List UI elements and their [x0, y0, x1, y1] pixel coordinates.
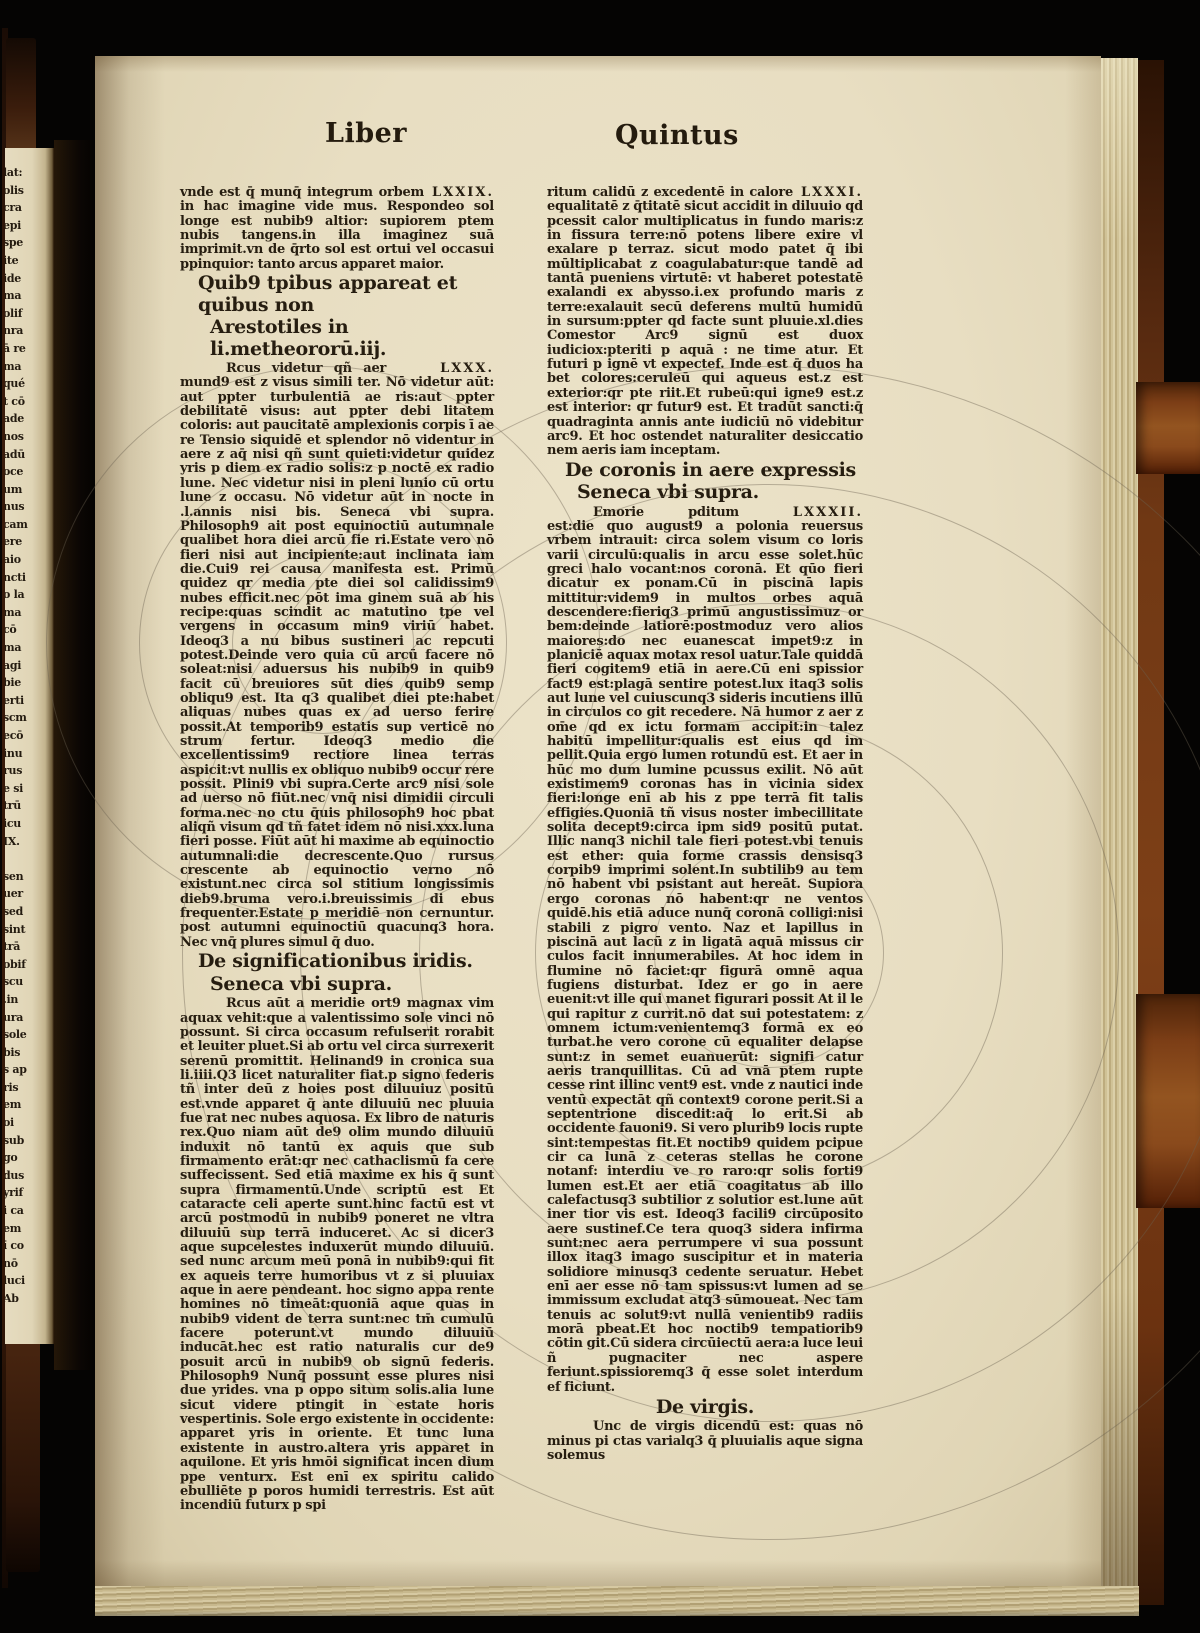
gutter-fragment: nra — [5, 322, 54, 340]
paragraph: LXXXI.ritum calidū z excedentē in calore… — [547, 186, 863, 459]
gutter-fragment: ade — [5, 410, 54, 428]
gutter-fragment: nus — [5, 498, 54, 516]
gutter-fragment: ide — [5, 270, 54, 288]
chapter-number: LXXXI. — [793, 186, 863, 200]
gutter-fragment: ma — [5, 604, 54, 622]
gutter-shadow — [54, 140, 98, 1370]
section-heading: De virgis. — [547, 1397, 863, 1419]
gutter-fragment: spe — [5, 234, 54, 252]
gutter-fragment: oce — [5, 463, 54, 481]
gutter-fragment: ura — [5, 1009, 54, 1027]
gutter-fragment: cam — [5, 516, 54, 534]
book-page: Liber Quintus LXXIX.vnde est q̄ munq̄ in… — [95, 56, 1101, 1586]
gutter-fragment: dus — [5, 1167, 54, 1185]
gutter-fragment: cō — [5, 621, 54, 639]
gutter-fragment: inu — [5, 745, 54, 763]
paragraph: LXXXII.Emorie pditum est:die quo august9… — [547, 506, 863, 1395]
paragraph: LXXIX.vnde est q̄ munq̄ integrum orbem i… — [180, 186, 494, 272]
leather-strap-upper — [1136, 382, 1200, 474]
paragraph: Rcus aūt a meridie ort9 magnax vim aquax… — [180, 997, 494, 1513]
section-subheading: Seneca vbi supra. — [577, 482, 863, 504]
text-block: Unc de virgis dicendū est: quas nō minus… — [547, 1420, 863, 1463]
bottom-shadow — [95, 1610, 1139, 1633]
paragraph: LXXX.Rcus videtur qñ aer mund9 est z vis… — [180, 362, 494, 950]
gutter-fragment: um — [5, 481, 54, 499]
chapter-number: LXXIX. — [424, 186, 494, 200]
book-photograph: lat:oliscraepispeiteidemaolifnraā remaqu… — [0, 0, 1200, 1633]
text-block: De coronis in aere expressis Seneca vbi … — [547, 460, 863, 504]
section-heading: De significationibus iridis. — [198, 951, 494, 973]
gutter-fragment: bie — [5, 674, 54, 692]
gutter-fragment: obif — [5, 956, 54, 974]
text-block: LXXX.Rcus videtur qñ aer mund9 est z vis… — [180, 362, 494, 950]
gutter-fragment: bis — [5, 1044, 54, 1062]
gutter-text-fragments: lat:oliscraepispeiteidemaolifnraā remaqu… — [5, 164, 54, 1308]
gutter-fragment: s ap — [5, 1061, 54, 1079]
gutter-fragment: agi — [5, 657, 54, 675]
gutter-fragment: Ab — [5, 1290, 54, 1308]
gutter-fragment: uer — [5, 885, 54, 903]
gutter-fragment: ā re — [5, 340, 54, 358]
gutter-fragment: olif — [5, 305, 54, 323]
cover-board-edge — [1138, 60, 1164, 1605]
gutter-fragment: .in — [5, 991, 54, 1009]
gutter-fragment: ma — [5, 358, 54, 376]
text-block: De significationibus iridis. Seneca vbi … — [180, 951, 494, 995]
gutter-fragment: ma — [5, 639, 54, 657]
text-block: De virgis. — [547, 1397, 863, 1419]
chapter-number: LXXXII. — [739, 506, 863, 520]
text-block: Rcus aūt a meridie ort9 magnax vim aquax… — [180, 997, 494, 1513]
gutter-fragment: ī co — [5, 1237, 54, 1255]
gutter-fragment: i ca — [5, 1202, 54, 1220]
gutter-fragment: sen — [5, 868, 54, 886]
gutter-fragment: qué — [5, 375, 54, 393]
gutter-fragment: nos — [5, 428, 54, 446]
paragraph: Unc de virgis dicendū est: quas nō minus… — [547, 1420, 863, 1463]
running-header-quintus: Quintus — [615, 120, 739, 151]
chapter-number: LXXX. — [386, 362, 494, 376]
gutter-fragment: ma — [5, 287, 54, 305]
section-subheading: Seneca vbi supra. — [210, 974, 494, 996]
gutter-fragment: rus — [5, 762, 54, 780]
text-column-left: LXXIX.vnde est q̄ munq̄ integrum orbem i… — [180, 186, 494, 1515]
gutter-fragment: cra — [5, 199, 54, 217]
gutter-fragment: lat: — [5, 164, 54, 182]
gutter-fragment: IX. — [5, 833, 54, 851]
text-block: LXXXII.Emorie pditum est:die quo august9… — [547, 506, 863, 1395]
gutter-fragment: epi — [5, 217, 54, 235]
facing-page-sliver: lat:oliscraepispeiteidemaolifnraā remaqu… — [5, 148, 54, 1344]
gutter-fragment: trā — [5, 938, 54, 956]
gutter-fragment: scm — [5, 709, 54, 727]
gutter-fragment: erti — [5, 692, 54, 710]
running-header-liber: Liber — [325, 118, 407, 149]
binding-bottom — [6, 1332, 40, 1572]
running-header: Liber Quintus — [95, 116, 1101, 156]
section-heading: Quib9 tpibus appareat et quibus non — [198, 273, 494, 316]
gutter-fragment: e si — [5, 780, 54, 798]
text-column-right: LXXXI.ritum calidū z excedentē in calore… — [547, 186, 863, 1464]
gutter-fragment: luci — [5, 1272, 54, 1290]
gutter-fragment: t cō — [5, 393, 54, 411]
gutter-fragment: em — [5, 1096, 54, 1114]
gutter-fragment: olis — [5, 182, 54, 200]
fore-edge-shading — [1101, 58, 1138, 1594]
fore-edge-pages — [1101, 58, 1138, 1594]
gutter-fragment: sint — [5, 921, 54, 939]
text-block: LXXIX.vnde est q̄ munq̄ integrum orbem i… — [180, 186, 494, 272]
gutter-fragment: ere — [5, 533, 54, 551]
gutter-fragment: aio — [5, 551, 54, 569]
gutter-fragment: o la — [5, 586, 54, 604]
gutter-fragment: go — [5, 1149, 54, 1167]
gutter-fragment: trū — [5, 797, 54, 815]
gutter-fragment: ecō — [5, 727, 54, 745]
gutter-fragment: ncti — [5, 569, 54, 587]
gutter-fragment: scu — [5, 973, 54, 991]
section-heading: De coronis in aere expressis — [565, 460, 863, 482]
gutter-fragment: em — [5, 1220, 54, 1238]
gutter-fragment — [5, 850, 54, 868]
section-subheading: Arestotiles in li.metheororū.iij. — [210, 317, 494, 360]
gutter-fragment: yrif — [5, 1184, 54, 1202]
gutter-fragment: sed — [5, 903, 54, 921]
gutter-fragment: nō — [5, 1255, 54, 1273]
leather-strap-lower — [1136, 994, 1200, 1208]
binding-top — [6, 38, 36, 156]
text-block: LXXXI.ritum calidū z excedentē in calore… — [547, 186, 863, 459]
gutter-fragment: adū — [5, 446, 54, 464]
gutter-fragment: sole — [5, 1026, 54, 1044]
gutter-fragment: ite — [5, 252, 54, 270]
gutter-fragment: ris — [5, 1079, 54, 1097]
text-block: Quib9 tpibus appareat et quibus non Ares… — [180, 273, 494, 360]
gutter-fragment: icu — [5, 815, 54, 833]
gutter-fragment: oi — [5, 1114, 54, 1132]
gutter-fragment: sub — [5, 1132, 54, 1150]
